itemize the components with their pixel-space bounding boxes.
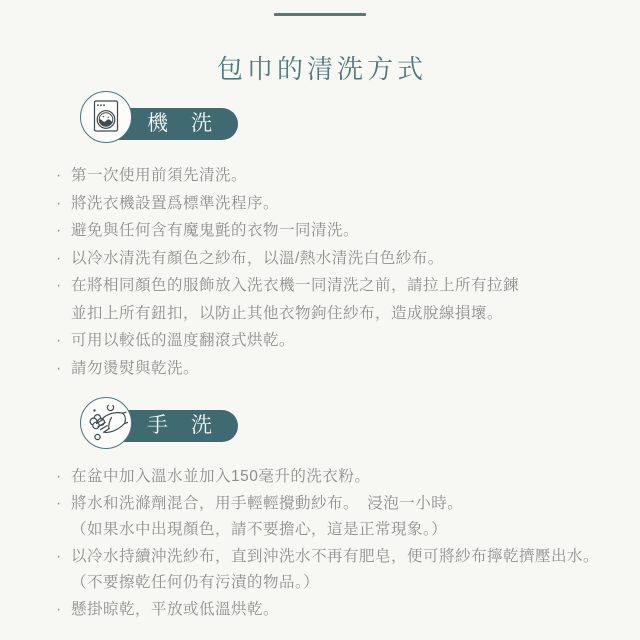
instruction-line: 並扣上所有鈕扣，以防止其他衣物鉤住紗布，造成脫線損壞。 bbox=[56, 300, 631, 328]
top-divider bbox=[274, 13, 366, 16]
instruction-text: （如果水中出現顏色，請不要擔心，這是正常現象。） bbox=[71, 517, 447, 544]
instruction-text: 可用以較低的溫度翻滾式烘乾。 bbox=[71, 327, 295, 355]
instruction-line: （不要擦乾任何仍有污漬的物品。） bbox=[56, 570, 631, 597]
instruction-text: 將洗衣機設置爲標準洗程序。 bbox=[71, 190, 279, 218]
instruction-line: · 第一次使用前須先清洗。 bbox=[56, 162, 631, 190]
washing-machine-icon bbox=[80, 91, 132, 143]
instruction-line: · 在將相同顏色的服飾放入洗衣機一同清洗之前，請拉上所有拉鍊 bbox=[56, 272, 631, 300]
instruction-text: （不要擦乾任何仍有污漬的物品。） bbox=[71, 570, 319, 597]
instruction-text: 第一次使用前須先清洗。 bbox=[71, 162, 247, 190]
bullet-marker: · bbox=[56, 190, 71, 218]
instruction-text: 以冷水持續沖洗紗布，直到沖洗水不再有肥皂，便可將紗布擰乾擠壓出水。 bbox=[71, 544, 599, 571]
hand-wash-icon-circle bbox=[80, 397, 132, 449]
bullet-marker: · bbox=[56, 464, 71, 491]
machine-wash-icon-circle bbox=[80, 91, 132, 143]
instruction-line: · 可用以較低的溫度翻滾式烘乾。 bbox=[56, 327, 631, 355]
instruction-text: 懸掛晾乾，平放或低溫烘乾。 bbox=[71, 597, 279, 624]
bullet-marker: · bbox=[56, 491, 71, 518]
instruction-text: 將水和洗滌劑混合，用手輕輕攪動紗布。 浸泡一小時。 bbox=[71, 491, 463, 518]
instruction-text: 請勿燙熨與乾洗。 bbox=[71, 355, 199, 383]
instruction-line: · 以冷水持續沖洗紗布，直到沖洗水不再有肥皂，便可將紗布擰乾擠壓出水。 bbox=[56, 544, 631, 571]
machine-wash-instruction-list: · 第一次使用前須先清洗。 · 將洗衣機設置爲標準洗程序。 · 避免與任何含有魔… bbox=[56, 162, 631, 382]
instruction-line: · 將水和洗滌劑混合，用手輕輕攪動紗布。 浸泡一小時。 bbox=[56, 491, 631, 518]
instruction-line: · 避免與任何含有魔鬼氈的衣物一同清洗。 bbox=[56, 217, 631, 245]
instruction-text: 並扣上所有鈕扣，以防止其他衣物鉤住紗布，造成脫線損壞。 bbox=[71, 300, 503, 328]
hand-wash-instruction-list: · 在盆中加入溫水並加入150毫升的洗衣粉。 · 將水和洗滌劑混合，用手輕輕攪動… bbox=[56, 464, 631, 623]
bullet-marker: · bbox=[56, 597, 71, 624]
instruction-text: 以冷水清洗有顏色之紗布，以溫/熱水清洗白色紗布。 bbox=[71, 245, 444, 273]
bullet-marker bbox=[56, 570, 71, 597]
instruction-line: · 請勿燙熨與乾洗。 bbox=[56, 355, 631, 383]
bullet-marker bbox=[56, 300, 71, 328]
bullet-marker: · bbox=[56, 272, 71, 300]
bullet-marker: · bbox=[56, 544, 71, 571]
instruction-line: · 將洗衣機設置爲標準洗程序。 bbox=[56, 190, 631, 218]
instruction-line: （如果水中出現顏色，請不要擔心，這是正常現象。） bbox=[56, 517, 631, 544]
wash-instructions-page: 包巾的清洗方式 機 洗 · bbox=[0, 0, 640, 640]
hand-wash-icon bbox=[80, 397, 132, 449]
bullet-marker: · bbox=[56, 355, 71, 383]
instruction-text: 避免與任何含有魔鬼氈的衣物一同清洗。 bbox=[71, 217, 359, 245]
bullet-marker: · bbox=[56, 162, 71, 190]
instruction-line: · 在盆中加入溫水並加入150毫升的洗衣粉。 bbox=[56, 464, 631, 491]
bullet-marker bbox=[56, 517, 71, 544]
instruction-line: · 懸掛晾乾，平放或低溫烘乾。 bbox=[56, 597, 631, 624]
page-title: 包巾的清洗方式 bbox=[0, 49, 640, 86]
bullet-marker: · bbox=[56, 327, 71, 355]
bullet-marker: · bbox=[56, 245, 71, 273]
instruction-text: 在盆中加入溫水並加入150毫升的洗衣粉。 bbox=[71, 464, 370, 491]
instruction-text: 在將相同顏色的服飾放入洗衣機一同清洗之前，請拉上所有拉鍊 bbox=[71, 272, 519, 300]
bullet-marker: · bbox=[56, 217, 71, 245]
instruction-line: · 以冷水清洗有顏色之紗布，以溫/熱水清洗白色紗布。 bbox=[56, 245, 631, 273]
